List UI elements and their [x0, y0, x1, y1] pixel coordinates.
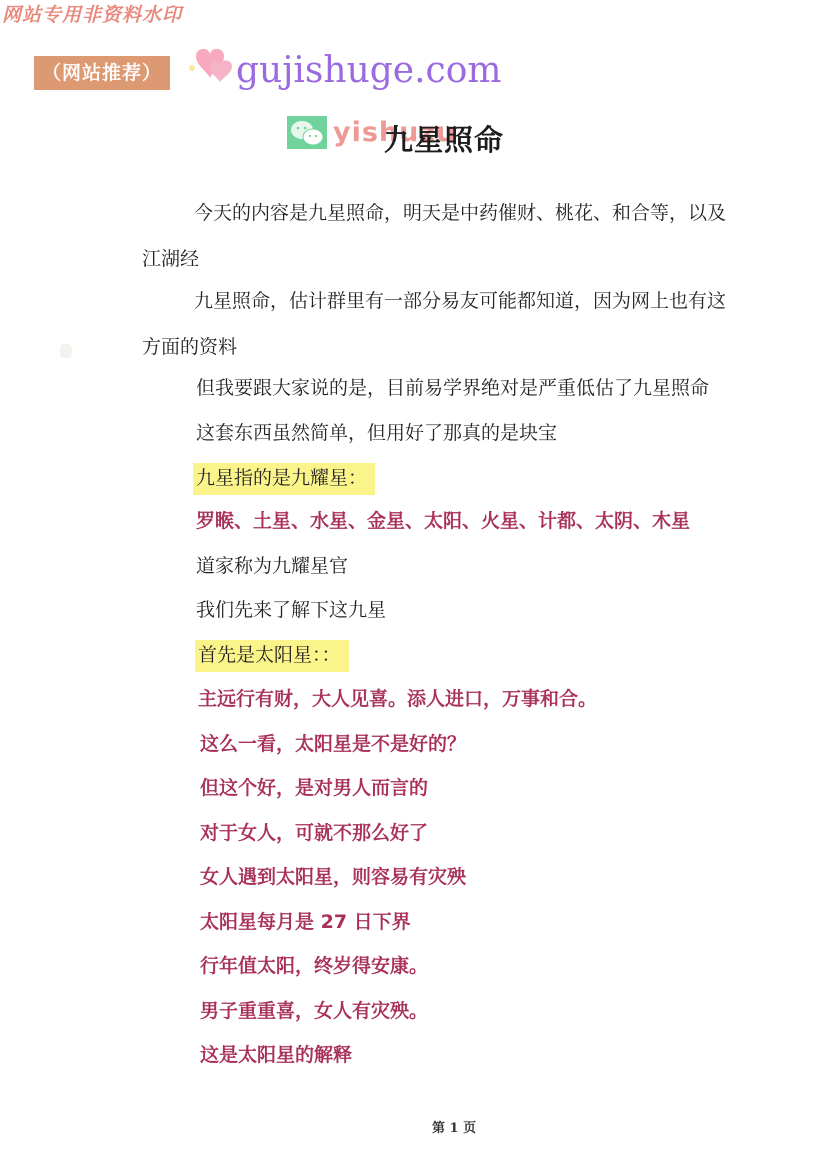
recommend-badge: （网站推荐） — [34, 56, 170, 90]
paragraph-line: 男子重重喜，女人有灾殃。 — [200, 998, 428, 1024]
paragraph-line: 我们先来了解下这九星 — [196, 597, 386, 623]
highlighted-heading: 九星指的是九耀星： — [196, 465, 375, 491]
paragraph-line: 方面的资料 — [142, 334, 237, 360]
page-number: 第 1 页 — [432, 1117, 476, 1136]
wechat-icon — [287, 116, 327, 149]
paragraph-line: 这么一看，太阳星是不是好的？ — [200, 731, 466, 757]
paragraph-line: 行年值太阳，终岁得安康。 — [200, 953, 428, 979]
hearts-icon — [186, 44, 238, 84]
paragraph-line: 女人遇到太阳星，则容易有灾殃 — [200, 864, 466, 890]
watermark-text: 网站专用非资料水印 — [2, 0, 182, 27]
paragraph-line: 对于女人，可就不那么好了 — [200, 820, 428, 846]
paragraph-line: 但我要跟大家说的是，目前易学界绝对是严重低估了九星照命 — [196, 375, 709, 401]
highlight-nine-stars: 九星指的是九耀星： — [193, 463, 375, 495]
site-logo: gujishuge.com — [236, 50, 502, 92]
highlighted-heading: 首先是太阳星：： — [198, 642, 349, 668]
paragraph-line: 主远行有财，大人见喜。添人进口，万事和合。 — [198, 686, 597, 712]
scan-artifact — [60, 344, 72, 358]
paragraph-line: 九星照命，估计群里有一部分易友可能都知道，因为网上也有这 — [194, 288, 726, 314]
paragraph-line: 今天的内容是九星照命，明天是中药催财、桃花、和合等，以及 — [194, 200, 726, 226]
paragraph-line: 太阳星每月是 27 日下界 — [200, 909, 411, 935]
paragraph-line: 这是太阳星的解释 — [200, 1042, 352, 1068]
highlight-sun-star: 首先是太阳星：： — [195, 640, 349, 672]
paragraph-line: 这套东西虽然简单，但用好了那真的是块宝 — [196, 420, 557, 446]
paragraph-line: 道家称为九耀星官 — [196, 553, 348, 579]
stars-list: 罗睺、土星、水星、金星、太阳、火星、计都、太阴、木星 — [196, 508, 690, 534]
paragraph-line: 但这个好，是对男人而言的 — [200, 775, 428, 801]
paragraph-line: 江湖经 — [142, 246, 199, 272]
document-title: 九星照命 — [384, 118, 504, 159]
